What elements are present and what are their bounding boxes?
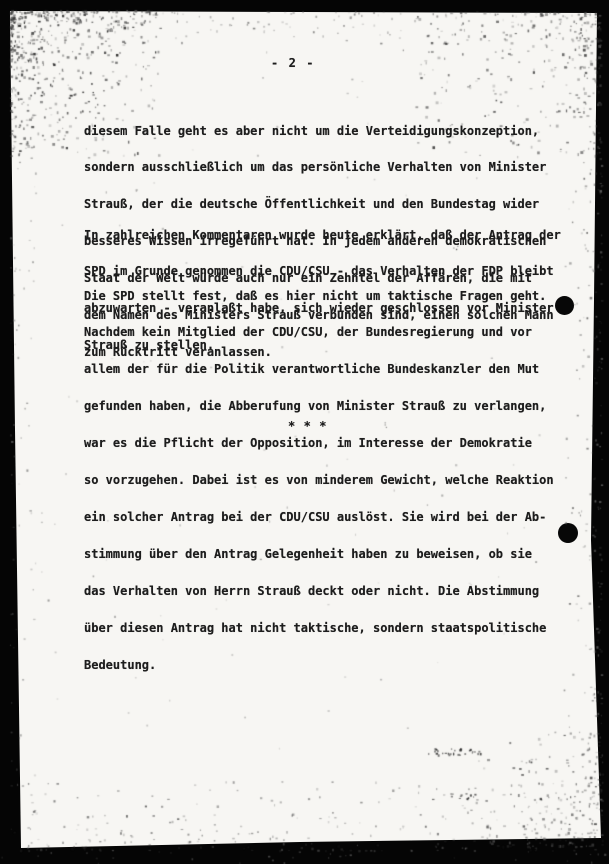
text-line: In zahlreichen Kommentaren wurde heute e… bbox=[84, 229, 561, 241]
page-number: - 2 - bbox=[271, 57, 315, 69]
text-line: diesem Falle geht es aber nicht um die V… bbox=[84, 125, 554, 137]
text-line: Nachdem kein Mitglied der CDU/CSU, der B… bbox=[84, 326, 554, 338]
scanned-document-page: - 2 - diesem Falle geht es aber nicht um… bbox=[0, 0, 609, 864]
text-line: so vorzugehen. Dabei ist es von minderem… bbox=[84, 474, 554, 486]
text-line: allem der für die Politik verantwortlich… bbox=[84, 363, 554, 375]
punch-hole-bottom bbox=[558, 523, 578, 543]
text-line: ein solcher Antrag bei der CDU/CSU auslö… bbox=[84, 511, 554, 523]
text-line: gefunden haben, die Abberufung von Minis… bbox=[84, 400, 554, 412]
text-line: sondern ausschließlich um das persönlich… bbox=[84, 161, 554, 173]
text-line: Die SPD stellt fest, daß es hier nicht u… bbox=[84, 290, 554, 302]
text-line: Bedeutung. bbox=[84, 659, 554, 671]
paper-sheet: - 2 - diesem Falle geht es aber nicht um… bbox=[0, 0, 609, 864]
text-line: war es die Pflicht der Opposition, im In… bbox=[84, 437, 554, 449]
text-line: das Verhalten von Herrn Strauß deckt ode… bbox=[84, 585, 554, 597]
text-line: stimmung über den Antrag Gelegenheit hab… bbox=[84, 548, 554, 560]
separator-stars: * * * bbox=[288, 420, 327, 432]
paragraph-3: Die SPD stellt fest, daß es hier nicht u… bbox=[84, 265, 554, 695]
punch-hole-top bbox=[555, 296, 574, 315]
text-line: über diesen Antrag hat nicht taktische, … bbox=[84, 622, 554, 634]
